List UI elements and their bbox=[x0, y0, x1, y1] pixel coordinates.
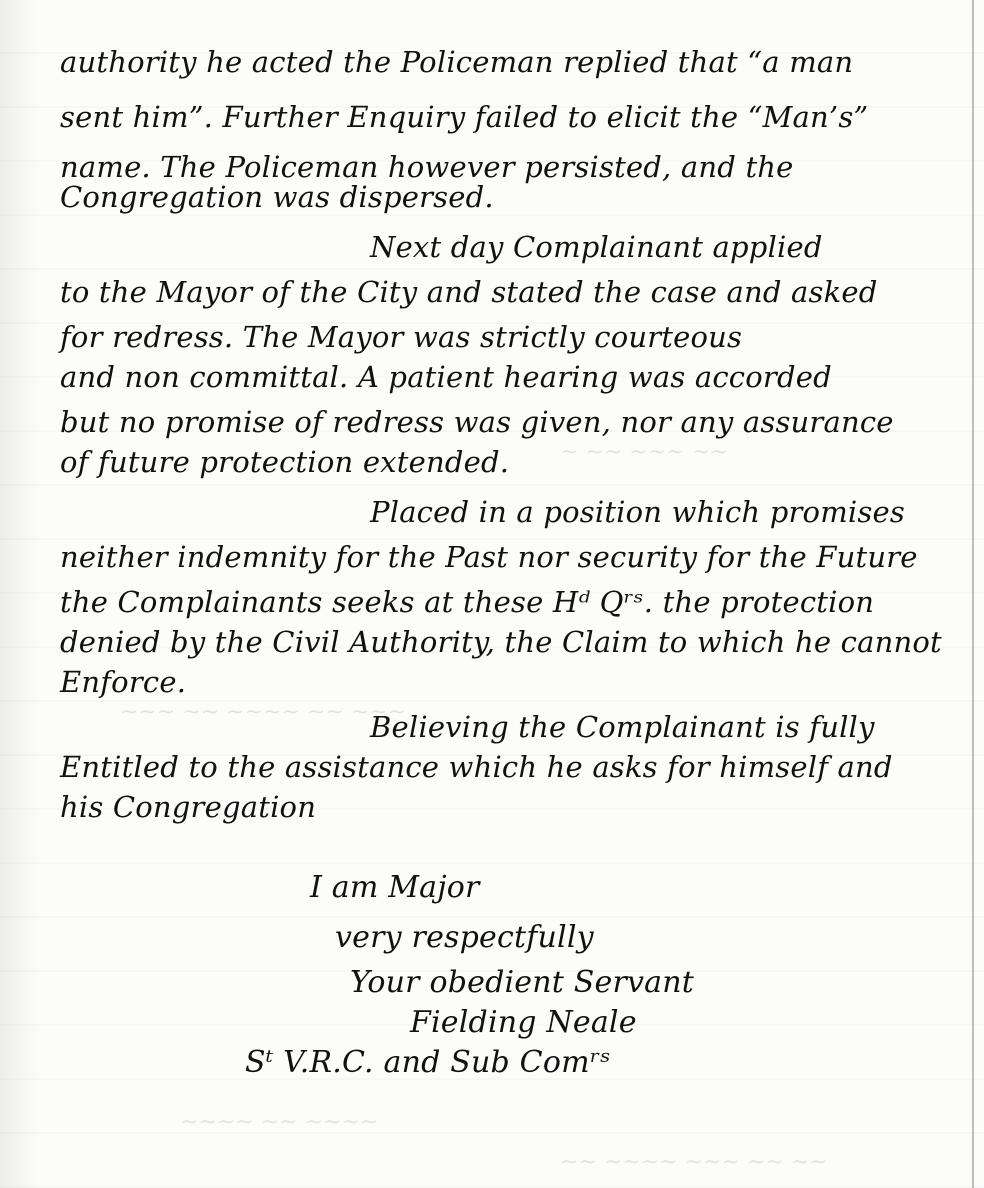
body-line: his Congregation bbox=[60, 790, 316, 824]
bleed-through-text: ~~ ~~~~ ~~~ ~~ ~~ bbox=[560, 1150, 828, 1175]
body-line: for redress. The Mayor was strictly cour… bbox=[60, 320, 742, 354]
signatory-title: Sᵗ V.R.C. and Sub Comʳˢ bbox=[245, 1045, 611, 1080]
body-line: and non committal. A patient hearing was… bbox=[60, 360, 832, 394]
body-line: authority he acted the Policeman replied… bbox=[60, 45, 853, 79]
body-line: Congregation was dispersed. bbox=[60, 180, 494, 214]
closing-line: I am Major bbox=[310, 870, 480, 905]
closing-line: Your obedient Servant bbox=[350, 965, 694, 1000]
bleed-through-text: ~~~~ ~~ ~~~~ bbox=[180, 1110, 378, 1135]
bleed-through-text: ~~~ ~~ ~~~~ ~~ ~~~ bbox=[120, 700, 406, 725]
signature: Fielding Neale bbox=[410, 1005, 637, 1040]
body-line: sent him”. Further Enquiry failed to eli… bbox=[60, 100, 868, 134]
body-line: Placed in a position which promises bbox=[370, 495, 905, 529]
closing-line: very respectfully bbox=[335, 920, 594, 955]
body-line: name. The Policeman however persisted, a… bbox=[60, 150, 794, 184]
body-line: denied by the Civil Authority, the Claim… bbox=[60, 625, 942, 659]
manuscript-page: ~ ~~ ~~~ ~~ ~~~ ~~ ~~~~ ~~ ~~~ ~~~~ ~~ ~… bbox=[0, 0, 984, 1188]
body-line: Enforce. bbox=[60, 665, 186, 699]
body-line: Entitled to the assistance which he asks… bbox=[60, 750, 893, 784]
left-margin-bleed bbox=[0, 0, 40, 1188]
body-line: but no promise of redress was given, nor… bbox=[60, 405, 894, 439]
bleed-through-text: ~ ~~ ~~~ ~~ bbox=[560, 440, 728, 465]
body-line: of future protection extended. bbox=[60, 445, 509, 479]
body-line: to the Mayor of the City and stated the … bbox=[60, 275, 878, 309]
body-line: neither indemnity for the Past nor secur… bbox=[60, 540, 918, 574]
body-line: the Complainants seeks at these Hᵈ Qʳˢ. … bbox=[60, 585, 874, 619]
body-line: Believing the Complainant is fully bbox=[370, 710, 875, 744]
body-line: Next day Complainant applied bbox=[370, 230, 823, 264]
page-edge bbox=[972, 0, 974, 1188]
